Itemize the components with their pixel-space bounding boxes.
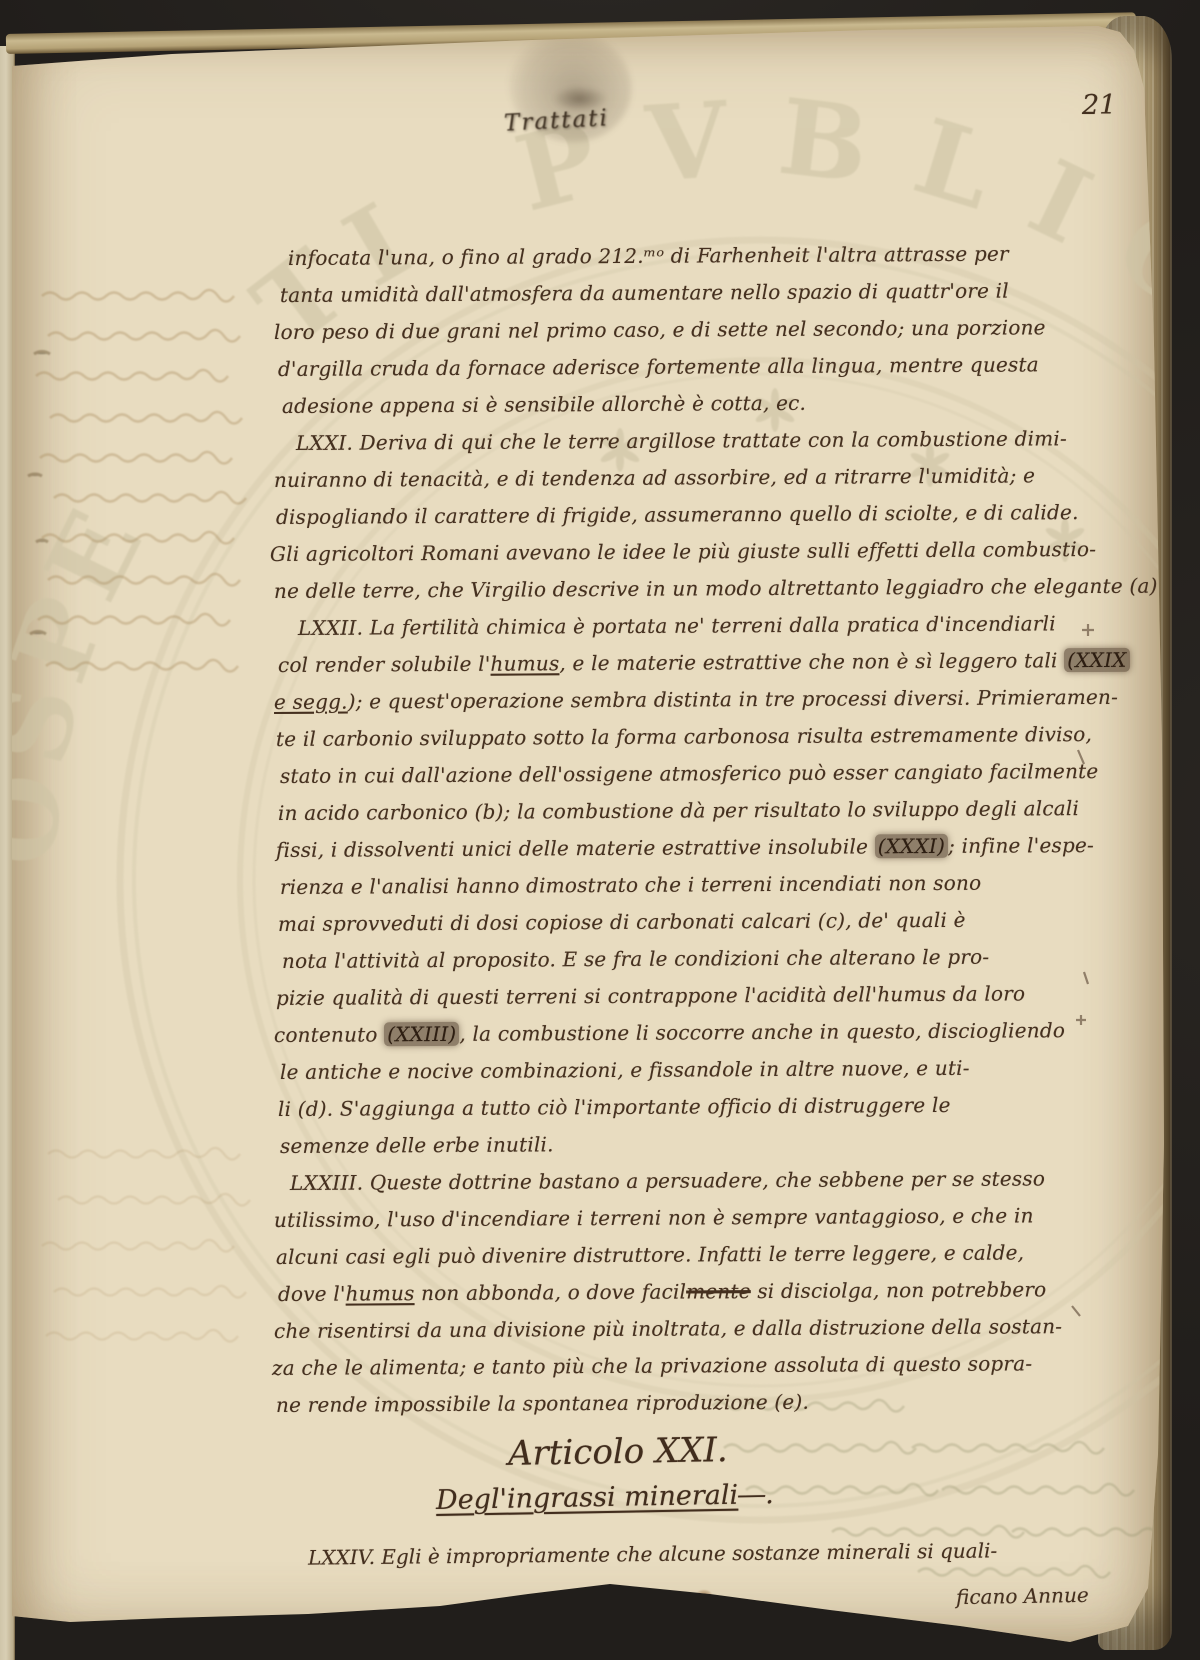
line-text: dove l' bbox=[278, 1282, 346, 1306]
manuscript-line: ne delle terre, che Virgilio descrive in… bbox=[274, 576, 1164, 601]
manuscript-line: le antiche e nocive combinazioni, e fiss… bbox=[280, 1058, 970, 1082]
line-text: ; infine l'espe- bbox=[948, 833, 1094, 858]
manuscript-line: che risentirsi da una divisione più inol… bbox=[274, 1316, 1062, 1341]
manuscript-line: rienza e l'analisi hanno dimostrato che … bbox=[280, 873, 981, 897]
running-header: Trattati bbox=[503, 105, 609, 136]
manuscript-line-paragraph-LXXIV: LXXIV. Egli è impropriamente che alcune … bbox=[308, 1538, 997, 1569]
manuscript-line: mai sprovveduti di dosi copiose di carbo… bbox=[278, 910, 966, 934]
bleed-through-text-bottom-left bbox=[42, 1148, 250, 1342]
article-heading: Articolo XXI. bbox=[508, 1430, 728, 1474]
line-text: , e le materie estrattive che non è sì l… bbox=[559, 648, 1064, 675]
manuscript-scan: { "document": { "running_header": "Tratt… bbox=[0, 0, 1200, 1660]
manuscript-line: infocata l'una, o fino al grado 212.ᵐᵒ d… bbox=[288, 244, 1009, 268]
manuscript-line: utilissimo, l'uso d'incendiare i terreni… bbox=[274, 1205, 1034, 1230]
underlined-word-humus: humus bbox=[490, 651, 559, 675]
manuscript-line: dispogliando il carattere di frigide, as… bbox=[276, 502, 1079, 527]
manuscript-page: OSPE TI PVBLICA bbox=[12, 24, 1168, 1660]
line-text: col render solubile l' bbox=[278, 652, 491, 677]
manuscript-line: dove l'humus non abbonda, o dove facilme… bbox=[278, 1279, 1046, 1304]
article-subtitle-flourish: ―. bbox=[738, 1479, 774, 1511]
stamp-left-arc-text: OSPE bbox=[12, 485, 170, 870]
manuscript-line: stato in cui dall'azione dell'ossigene a… bbox=[280, 761, 1099, 786]
manuscript-line: ne rende impossibile la spontanea riprod… bbox=[276, 1392, 809, 1415]
manuscript-line-paragraph-LXXI: LXXI. Deriva di qui che le terre argillo… bbox=[296, 428, 1067, 453]
page-number: 21 bbox=[1082, 90, 1116, 121]
bleed-through-text-left bbox=[36, 290, 246, 672]
manuscript-line: col render solubile l'humus, e le materi… bbox=[278, 650, 1130, 675]
catchword: ficano Annue bbox=[956, 1583, 1089, 1609]
article-subtitle-text: Degl'ingrassi minerali bbox=[436, 1480, 739, 1516]
blotted-reference: (XXXI) bbox=[875, 834, 949, 858]
manuscript-line: li (d). S'aggiunga a tutto ciò l'importa… bbox=[278, 1095, 951, 1119]
manuscript-line: nuiranno di tenacità, e di tendenza ad a… bbox=[274, 465, 1035, 490]
manuscript-line: semenze delle erbe inutili. bbox=[280, 1134, 554, 1156]
underlined-word-segg: e segg. bbox=[274, 690, 348, 714]
blotted-reference: (XXIII) bbox=[384, 1022, 459, 1046]
line-text: fissi, i dissolventi unici delle materie… bbox=[276, 834, 875, 862]
underlined-word-humus: humus bbox=[346, 1281, 415, 1305]
manuscript-line: contenuto (XXIII), la combustione li soc… bbox=[274, 1020, 1065, 1045]
manuscript-line-paragraph-LXXIII: LXXIII. Queste dottrine bastano a persua… bbox=[290, 1168, 1045, 1193]
manuscript-line: za che le alimenta; e tanto più che la p… bbox=[272, 1353, 1032, 1378]
struck-word: mente bbox=[686, 1279, 751, 1303]
manuscript-line: nota l'attività al proposito. E se fra l… bbox=[282, 947, 989, 971]
line-text: si disciolga, non potrebbero bbox=[751, 1277, 1047, 1303]
manuscript-line: alcuni casi egli può divenire distruttor… bbox=[276, 1242, 1024, 1267]
manuscript-line-paragraph-LXXII: LXXII. La fertilità chimica è portata ne… bbox=[298, 613, 1056, 638]
manuscript-line: pizie qualità di questi terreni si contr… bbox=[276, 983, 1025, 1008]
line-text: ); e quest'operazione sembra distinta in… bbox=[348, 685, 1119, 714]
manuscript-line: te il carbonio sviluppato sotto la forma… bbox=[276, 724, 1092, 749]
stamp-left-arc-textpath: OSPE bbox=[12, 485, 170, 870]
ink-spot bbox=[696, 1590, 712, 1601]
line-text: contenuto bbox=[274, 1022, 384, 1047]
manuscript-line: adesione appena si è sensibile allorchè … bbox=[282, 393, 806, 416]
blotted-reference: (XXIX bbox=[1064, 648, 1130, 672]
bleed-through-blobs-left bbox=[28, 352, 50, 635]
manuscript-line: e segg.); e quest'operazione sembra dist… bbox=[274, 687, 1118, 712]
article-subtitle: Degl'ingrassi minerali―. bbox=[436, 1479, 774, 1516]
line-text: , la combustione li soccorre anche in qu… bbox=[459, 1018, 1065, 1046]
manuscript-line: d'argilla cruda da fornace aderisce fort… bbox=[278, 354, 1039, 379]
manuscript-line: loro peso di due grani nel primo caso, e… bbox=[274, 317, 1046, 342]
line-text: non abbonda, o dove facil bbox=[414, 1280, 686, 1306]
manuscript-line: Gli agricoltori Romani avevano le idee l… bbox=[270, 539, 1096, 564]
manuscript-line: tanta umidità dall'atmosfera da aumentar… bbox=[280, 281, 1009, 305]
manuscript-line: in acido carbonico (b); la combustione d… bbox=[278, 798, 1079, 823]
manuscript-line: fissi, i dissolventi unici delle materie… bbox=[276, 835, 1094, 860]
